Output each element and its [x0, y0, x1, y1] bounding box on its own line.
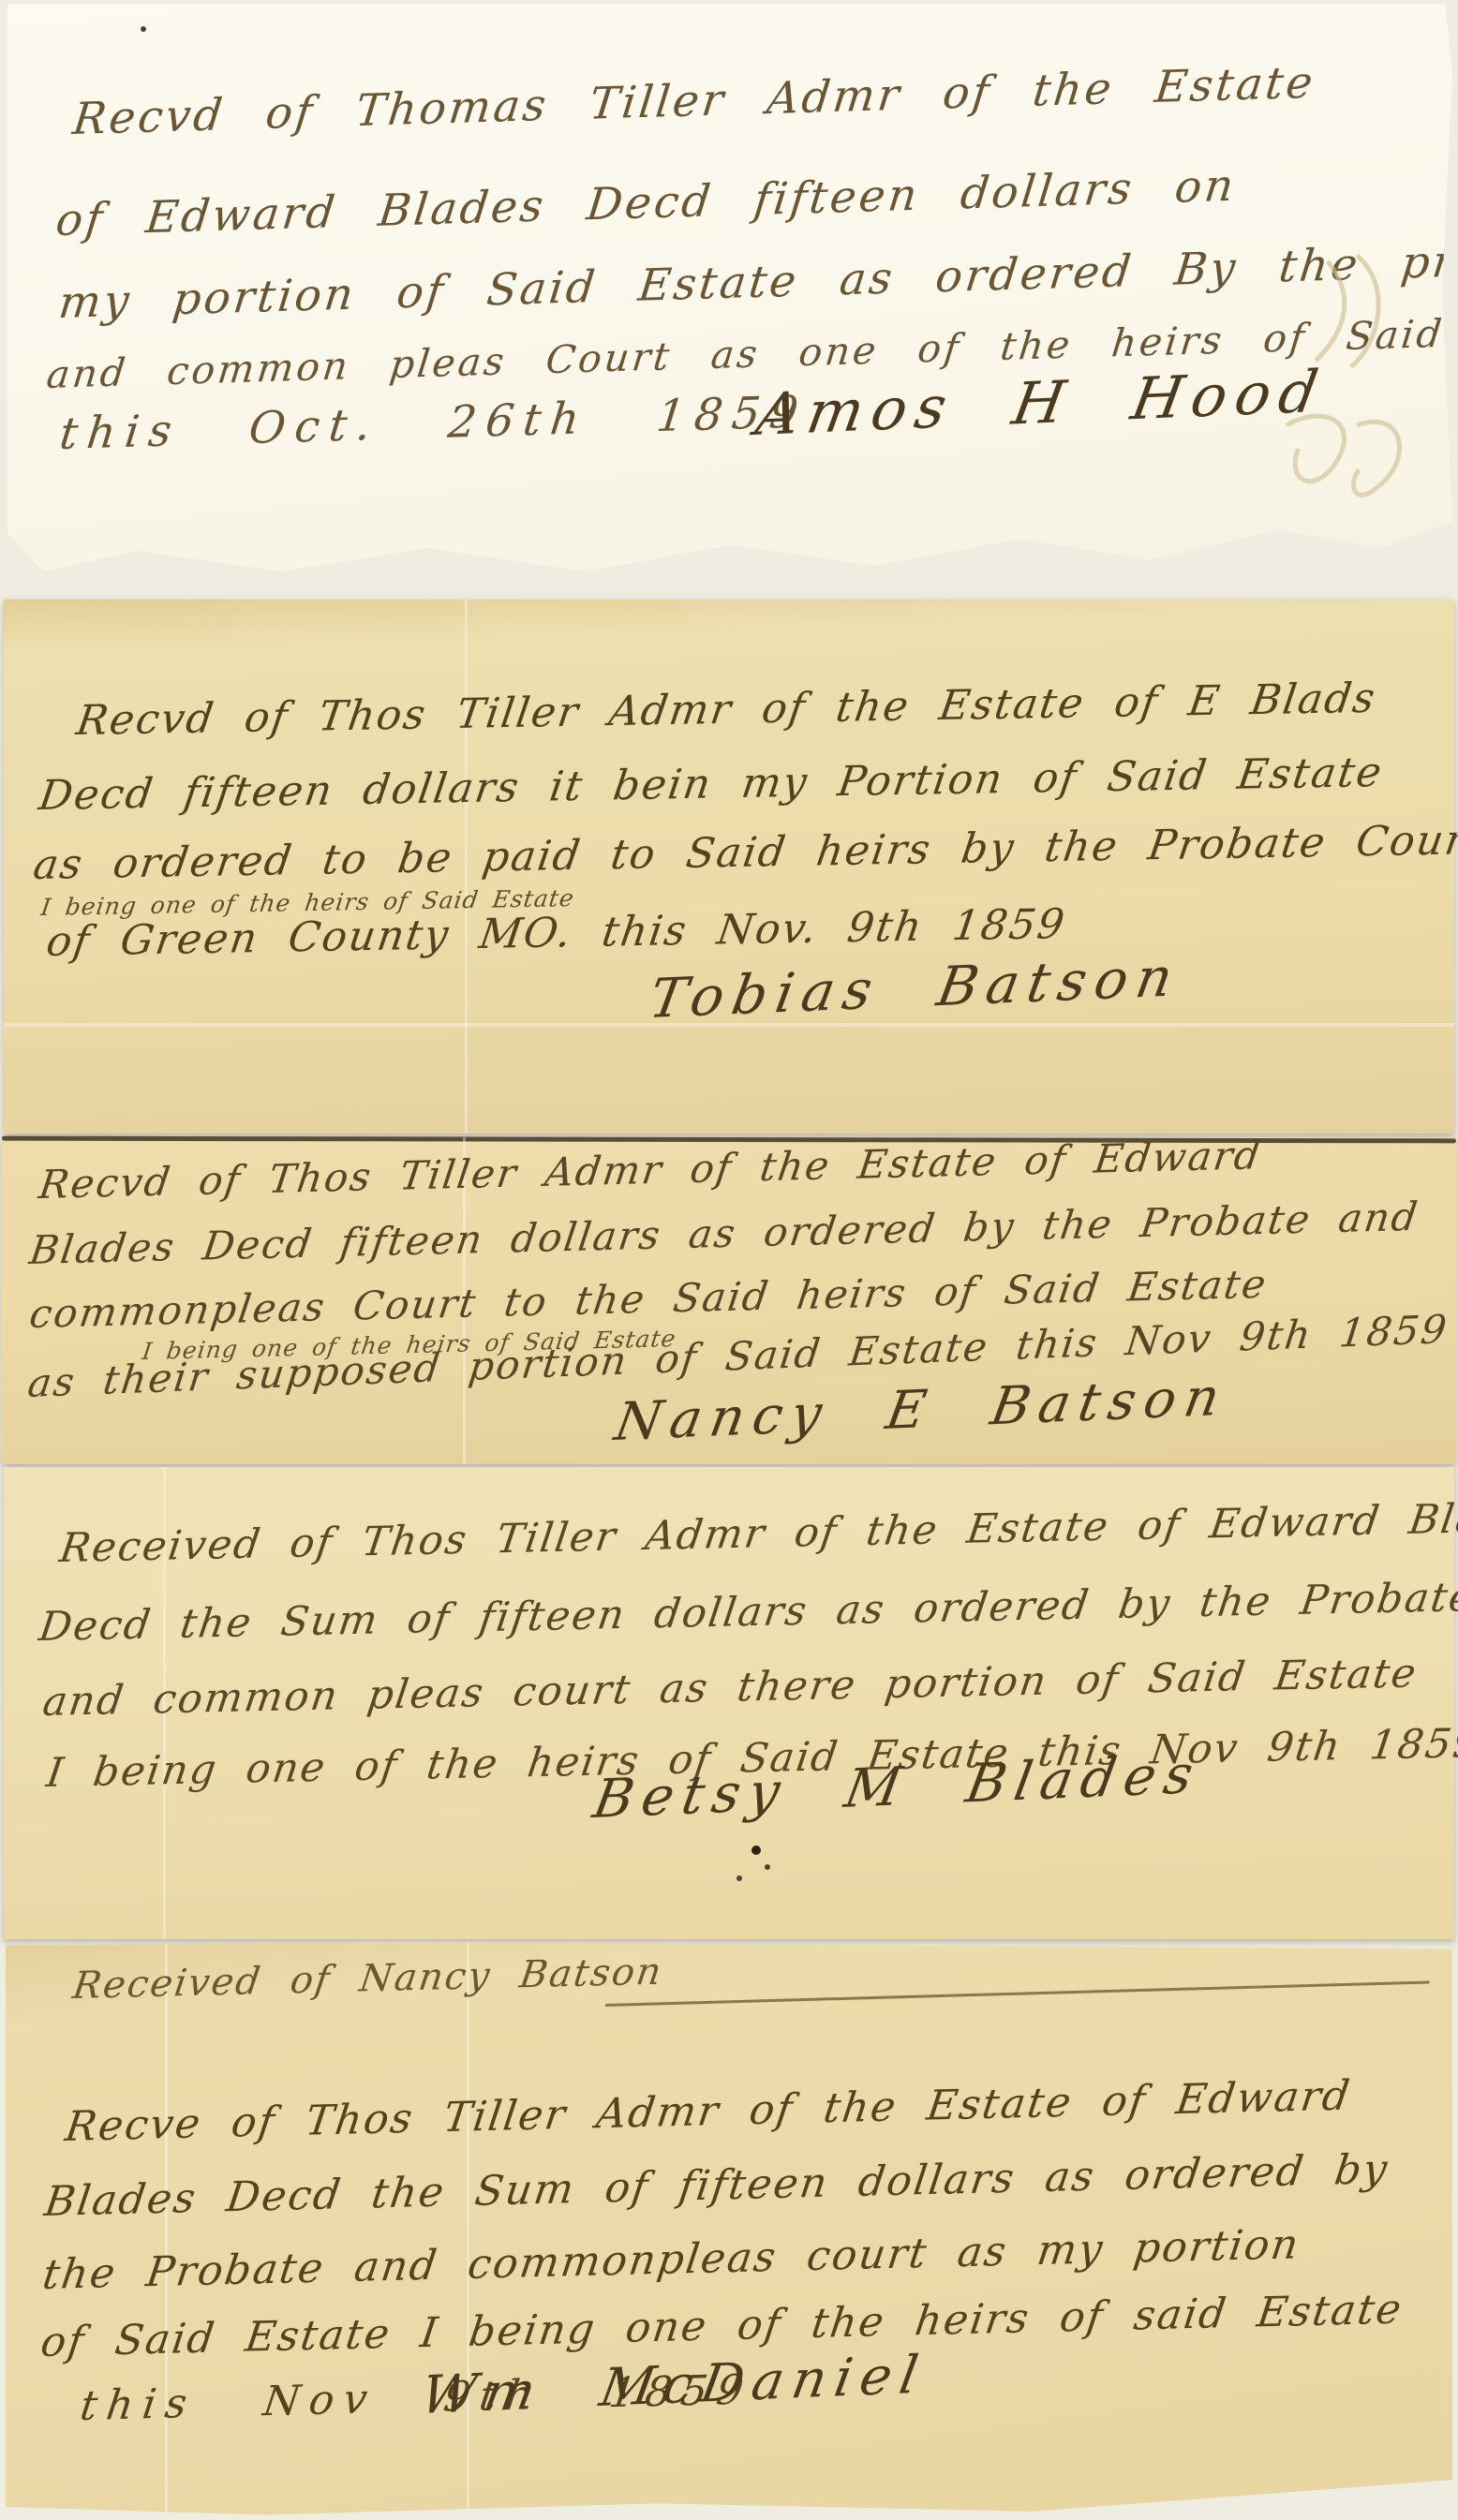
fold-crease	[467, 1942, 469, 2517]
receipt-wm-mcdaniel: Received of Nancy Batson Recve of Thos T…	[6, 1942, 1452, 2517]
signature-wm-mcdaniel: Wm McDaniel	[416, 2345, 930, 2426]
receipt-amos-hood: Recvd of Thomas Tiller Admr of the Estat…	[7, 4, 1452, 592]
receipt-line: Blades Decd fifteen dollars as ordered b…	[27, 1193, 1422, 1273]
ink-blot	[751, 1846, 761, 1855]
ink-speck	[765, 1864, 770, 1870]
receipt-date-line: this Oct. 26th 1859	[57, 386, 810, 460]
receipt-line: of Edward Blades Decd fifteen dollars on	[53, 160, 1239, 246]
receipt-nancy-batson: Recvd of Thos Tiller Admr of the Estate …	[2, 1137, 1456, 1464]
receipt-line: Decd the Sum of fifteen dollars as order…	[37, 1574, 1458, 1651]
receipt-line: Decd fifteen dollars it bein my Portion …	[36, 749, 1386, 820]
document-scan: Recvd of Thomas Tiller Admr of the Estat…	[0, 0, 1458, 2520]
fold-crease	[165, 1942, 168, 2517]
signature-tobias-batson: Tobias Batson	[645, 945, 1185, 1030]
receipt-line: and common pleas court as there portion …	[40, 1650, 1421, 1726]
pencil-marks	[1216, 247, 1404, 556]
receipt-line: as ordered to be paid to Said heirs by t…	[30, 816, 1458, 889]
ink-speck	[141, 26, 146, 32]
receipt-line: the Probate and commonpleas court as my …	[40, 2220, 1303, 2299]
receipt-line: Recvd of Thos Tiller Admr of the Estate …	[37, 1132, 1265, 1208]
ink-speck	[736, 1875, 742, 1881]
strike-line	[605, 1980, 1430, 2007]
receipt-tobias-batson: Recvd of Thos Tiller Admr of the Estate …	[4, 600, 1454, 1134]
receipt-line: Received of Thos Tiller Admr of the Esta…	[57, 1494, 1458, 1572]
receipt-betsy-blades: Received of Thos Tiller Admr of the Esta…	[4, 1467, 1454, 1939]
receipt-line: Blades Decd the Sum of fifteen dollars a…	[42, 2145, 1392, 2226]
receipt-line: Recvd of Thos Tiller Admr of the Estate …	[73, 674, 1379, 745]
receipt-line: Recvd of Thomas Tiller Admr of the Estat…	[70, 57, 1318, 145]
receipt-line: Recve of Thos Tiller Admr of the Estate …	[63, 2072, 1354, 2151]
abandoned-line: Received of Nancy Batson	[70, 1950, 665, 2008]
